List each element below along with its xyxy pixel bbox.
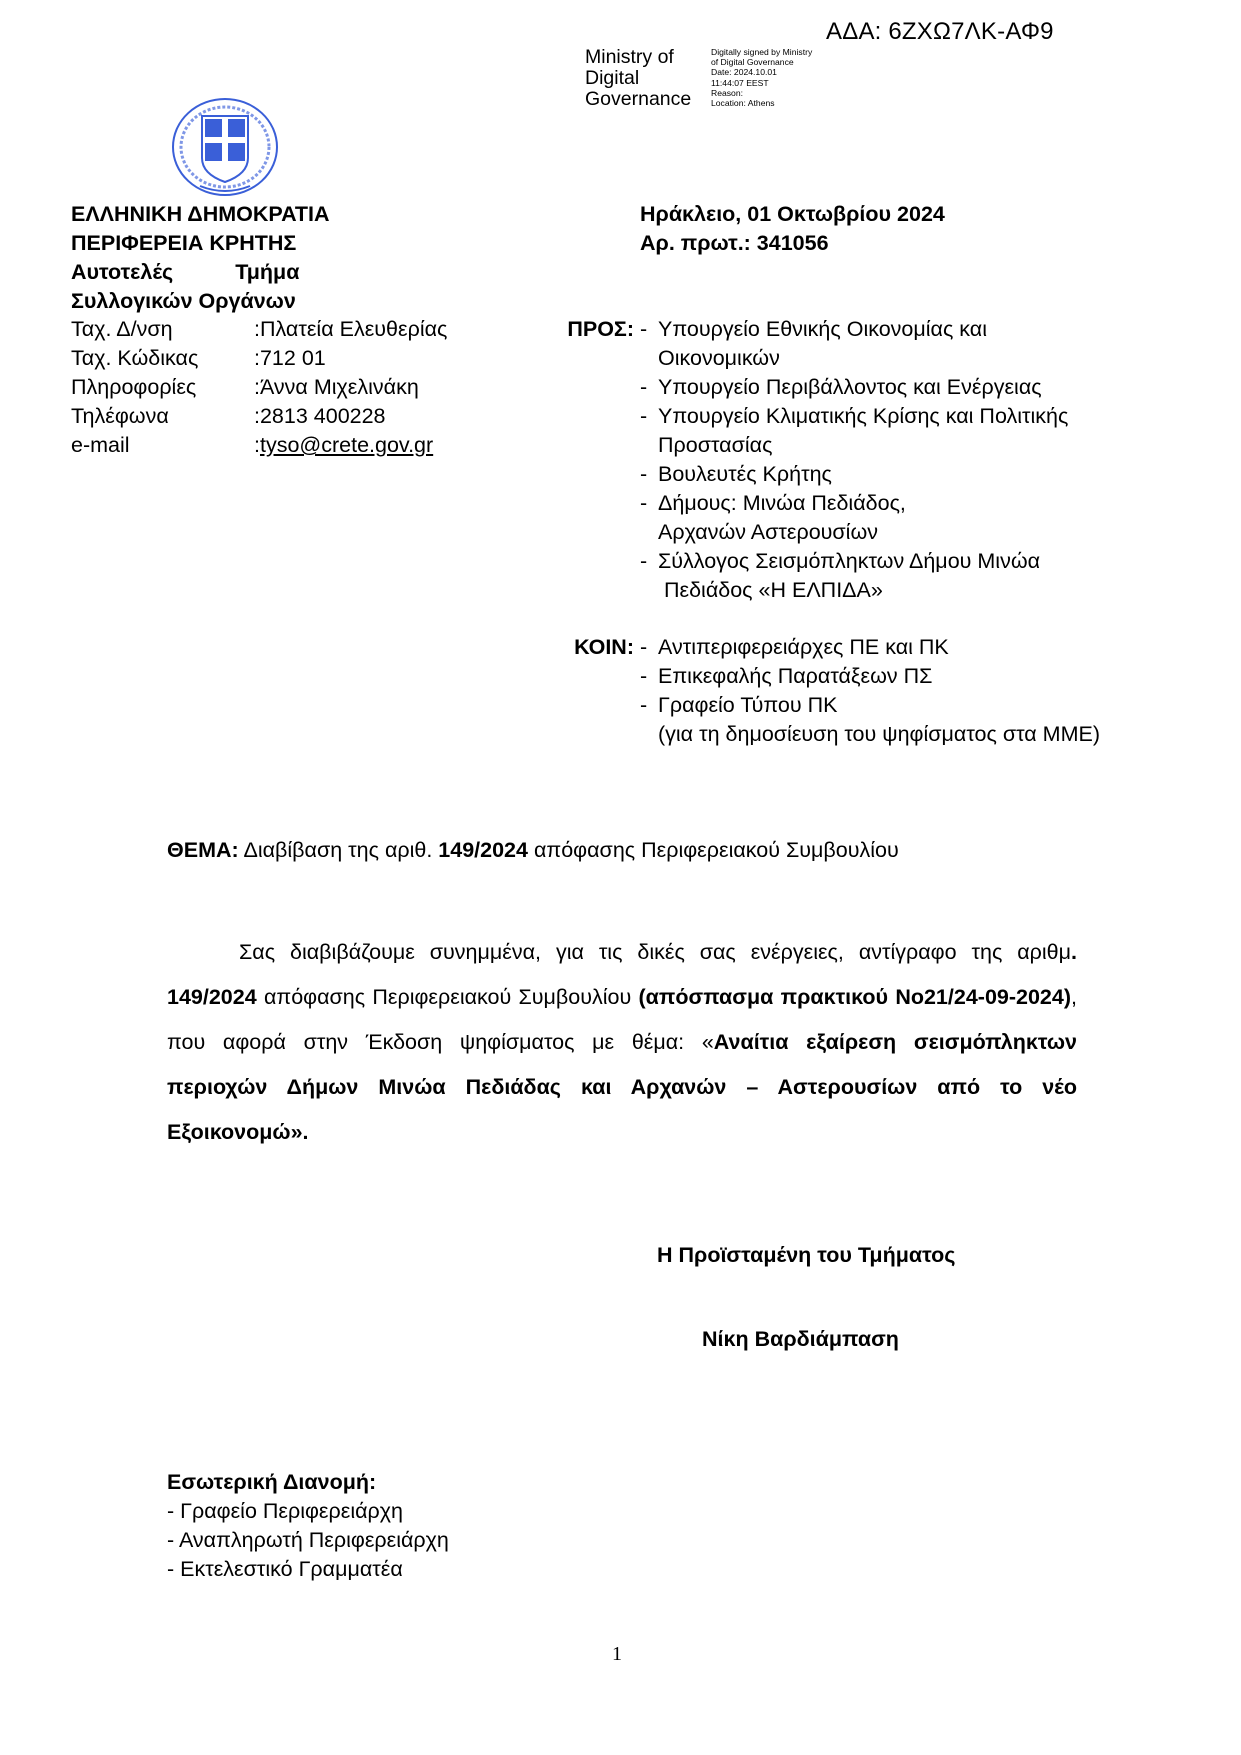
contact-value: :712 01 bbox=[254, 344, 326, 373]
recipients-cc: ΚΟΙΝ: -Αντιπεριφερειάρχες ΠΕ και ΠΚ-Επικ… bbox=[546, 633, 1100, 749]
protocol-number: Αρ. πρωτ.: 341056 bbox=[640, 229, 945, 258]
department-line: ΑυτοτελέςΤμήμα bbox=[71, 258, 330, 287]
recipient-name: Δήμους: Μινώα Πεδιάδος, bbox=[658, 491, 906, 515]
cc-list: -Αντιπεριφερειάρχες ΠΕ και ΠΚ-Επικεφαλής… bbox=[640, 633, 1100, 749]
contact-value: :Άννα Μιχελινάκη bbox=[254, 373, 419, 402]
contact-row: e-mail:tyso@crete.gov.gr bbox=[71, 431, 447, 460]
dash: - bbox=[640, 402, 658, 431]
dept-word: Αυτοτελές bbox=[71, 260, 173, 284]
recipient-name: Υπουργείο Περιβάλλοντος και Ενέργειας bbox=[658, 375, 1042, 399]
subject-label: ΘΕΜΑ: bbox=[167, 838, 239, 862]
recipient-name: Επικεφαλής Παρατάξεων ΠΣ bbox=[658, 664, 932, 688]
signature-line: Date: 2024.10.01 bbox=[711, 67, 812, 77]
greek-coat-of-arms-icon bbox=[170, 96, 280, 198]
page-number: 1 bbox=[612, 1643, 622, 1666]
recipient-name: Σύλλογος Σεισμόπληκτων Δήμου Μινώα bbox=[658, 549, 1040, 573]
recipient-item: -Δήμους: Μινώα Πεδιάδος,Αρχανών Αστερουσ… bbox=[640, 489, 1068, 547]
department-name: Συλλογικών Οργάνων bbox=[71, 287, 330, 316]
recipient-continuation: Αρχανών Αστερουσίων bbox=[640, 518, 1068, 547]
signatory-title: Η Προϊσταμένη του Τμήματος bbox=[657, 1243, 955, 1268]
dept-word: Τμήμα bbox=[235, 260, 299, 284]
recipient-item: -Υπουργείο Περιβάλλοντος και Ενέργειας bbox=[640, 373, 1068, 402]
recipient-continuation: Οικονομικών bbox=[640, 344, 1068, 373]
dash: - bbox=[640, 691, 658, 720]
date-block: Ηράκλειο, 01 Οκτωβρίου 2024 Αρ. πρωτ.: 3… bbox=[640, 200, 945, 258]
recipient-item: -Υπουργείο Εθνικής Οικονομίας καιΟικονομ… bbox=[640, 315, 1068, 373]
contact-value: :Πλατεία Ελευθερίας bbox=[254, 315, 447, 344]
ada-code: ΑΔΑ: 6ΖΧΩ7ΛΚ-ΑΦ9 bbox=[826, 18, 1054, 46]
signature-line: Reason: bbox=[711, 88, 812, 98]
recipient-item: -Γραφείο Τύπου ΠΚ(για τη δημοσίευση του … bbox=[640, 691, 1100, 749]
recipient-name: Υπουργείο Κλιματικής Κρίσης και Πολιτική… bbox=[658, 404, 1068, 428]
signature-line: Location: Athens bbox=[711, 98, 812, 108]
contact-row: Ταχ. Δ/νση:Πλατεία Ελευθερίας bbox=[71, 315, 447, 344]
signature-ministry: Ministry of Digital Governance bbox=[585, 47, 691, 110]
signatory-name: Νίκη Βαρδιάμπαση bbox=[702, 1327, 899, 1352]
dash: - bbox=[640, 547, 658, 576]
recipients-to: ΠΡΟΣ: -Υπουργείο Εθνικής Οικονομίας καιΟ… bbox=[546, 315, 1068, 605]
to-label: ΠΡΟΣ: bbox=[546, 315, 640, 605]
distribution-item: - Αναπληρωτή Περιφερειάρχη bbox=[167, 1526, 449, 1555]
body-text: απόφασης Περιφερειακού Συμβουλίου bbox=[257, 985, 639, 1009]
recipient-name: Υπουργείο Εθνικής Οικονομίας και bbox=[658, 317, 987, 341]
distribution-item: - Γραφείο Περιφερειάρχη bbox=[167, 1497, 449, 1526]
republic-name: ΕΛΛΗΝΙΚΗ ΔΗΜΟΚΡΑΤΙΑ bbox=[71, 200, 330, 229]
issuer-header: ΕΛΛΗΝΙΚΗ ΔΗΜΟΚΡΑΤΙΑ ΠΕΡΙΦΕΡΕΙΑ ΚΡΗΤΗΣ Αυ… bbox=[71, 200, 330, 316]
body-text: Σας διαβιβάζουμε συνημμένα, για τις δικέ… bbox=[239, 940, 1071, 964]
cc-label: ΚΟΙΝ: bbox=[546, 633, 640, 749]
contact-row: Τηλέφωνα:2813 400228 bbox=[71, 402, 447, 431]
recipient-continuation: Προστασίας bbox=[640, 431, 1068, 460]
contact-info: Ταχ. Δ/νση:Πλατεία Ελευθερίας Ταχ. Κώδικ… bbox=[71, 315, 447, 460]
ministry-line: Ministry of bbox=[585, 47, 691, 68]
dash: - bbox=[640, 489, 658, 518]
dash: - bbox=[640, 633, 658, 662]
contact-value: :2813 400228 bbox=[254, 402, 386, 431]
contact-label: Ταχ. Κώδικας bbox=[71, 344, 254, 373]
document-date: Ηράκλειο, 01 Οκτωβρίου 2024 bbox=[640, 200, 945, 229]
recipient-name: Γραφείο Τύπου ΠΚ bbox=[658, 693, 837, 717]
contact-row: Ταχ. Κώδικας:712 01 bbox=[71, 344, 447, 373]
recipient-continuation: Πεδιάδος «Η ΕΛΠΙΔΑ» bbox=[640, 576, 1068, 605]
recipient-continuation: (για τη δημοσίευση του ψηφίσματος στα ΜΜ… bbox=[640, 720, 1100, 749]
internal-distribution-title: Εσωτερική Διανομή: bbox=[167, 1468, 449, 1497]
signature-line: Digitally signed by Ministry bbox=[711, 47, 812, 57]
dash: - bbox=[640, 460, 658, 489]
recipient-item: -Αντιπεριφερειάρχες ΠΕ και ΠΚ bbox=[640, 633, 1100, 662]
dash: - bbox=[640, 662, 658, 691]
subject-line: ΘΕΜΑ: Διαβίβαση της αριθ. 149/2024 απόφα… bbox=[167, 838, 899, 863]
recipient-name: Βουλευτές Κρήτης bbox=[658, 462, 832, 486]
email-link[interactable]: tyso@crete.gov.gr bbox=[260, 431, 433, 460]
ministry-line: Digital bbox=[585, 68, 691, 89]
contact-row: Πληροφορίες:Άννα Μιχελινάκη bbox=[71, 373, 447, 402]
dash: - bbox=[640, 373, 658, 402]
contact-label: Πληροφορίες bbox=[71, 373, 254, 402]
recipient-item: -Σύλλογος Σεισμόπληκτων Δήμου Μινώα Πεδι… bbox=[640, 547, 1068, 605]
digital-signature-details: Digitally signed by Ministry of Digital … bbox=[711, 47, 812, 108]
recipient-item: -Υπουργείο Κλιματικής Κρίσης και Πολιτικ… bbox=[640, 402, 1068, 460]
recipient-name: Αντιπεριφερειάρχες ΠΕ και ΠΚ bbox=[658, 635, 949, 659]
to-list: -Υπουργείο Εθνικής Οικονομίας καιΟικονομ… bbox=[640, 315, 1068, 605]
subject-text: απόφασης Περιφερειακού Συμβουλίου bbox=[528, 838, 899, 862]
contact-label: Τηλέφωνα bbox=[71, 402, 254, 431]
recipient-item: -Επικεφαλής Παρατάξεων ΠΣ bbox=[640, 662, 1100, 691]
signature-line: 11:44:07 EEST bbox=[711, 78, 812, 88]
contact-label: e-mail bbox=[71, 431, 254, 460]
signature-line: of Digital Governance bbox=[711, 57, 812, 67]
ministry-line: Governance bbox=[585, 89, 691, 110]
body-bold: (απόσπασμα πρακτικού Νο21/24-09-2024) bbox=[639, 985, 1072, 1009]
region-name: ΠΕΡΙΦΕΡΕΙΑ ΚΡΗΤΗΣ bbox=[71, 229, 330, 258]
distribution-item: - Εκτελεστικό Γραμματέα bbox=[167, 1555, 449, 1584]
dash: - bbox=[640, 315, 658, 344]
body-paragraph: Σας διαβιβάζουμε συνημμένα, για τις δικέ… bbox=[167, 930, 1077, 1155]
internal-distribution: Εσωτερική Διανομή: - Γραφείο Περιφερειάρ… bbox=[167, 1468, 449, 1584]
decision-number: 149/2024 bbox=[438, 838, 528, 862]
recipient-item: -Βουλευτές Κρήτης bbox=[640, 460, 1068, 489]
contact-label: Ταχ. Δ/νση bbox=[71, 315, 254, 344]
subject-text: Διαβίβαση της αριθ. bbox=[239, 838, 439, 862]
